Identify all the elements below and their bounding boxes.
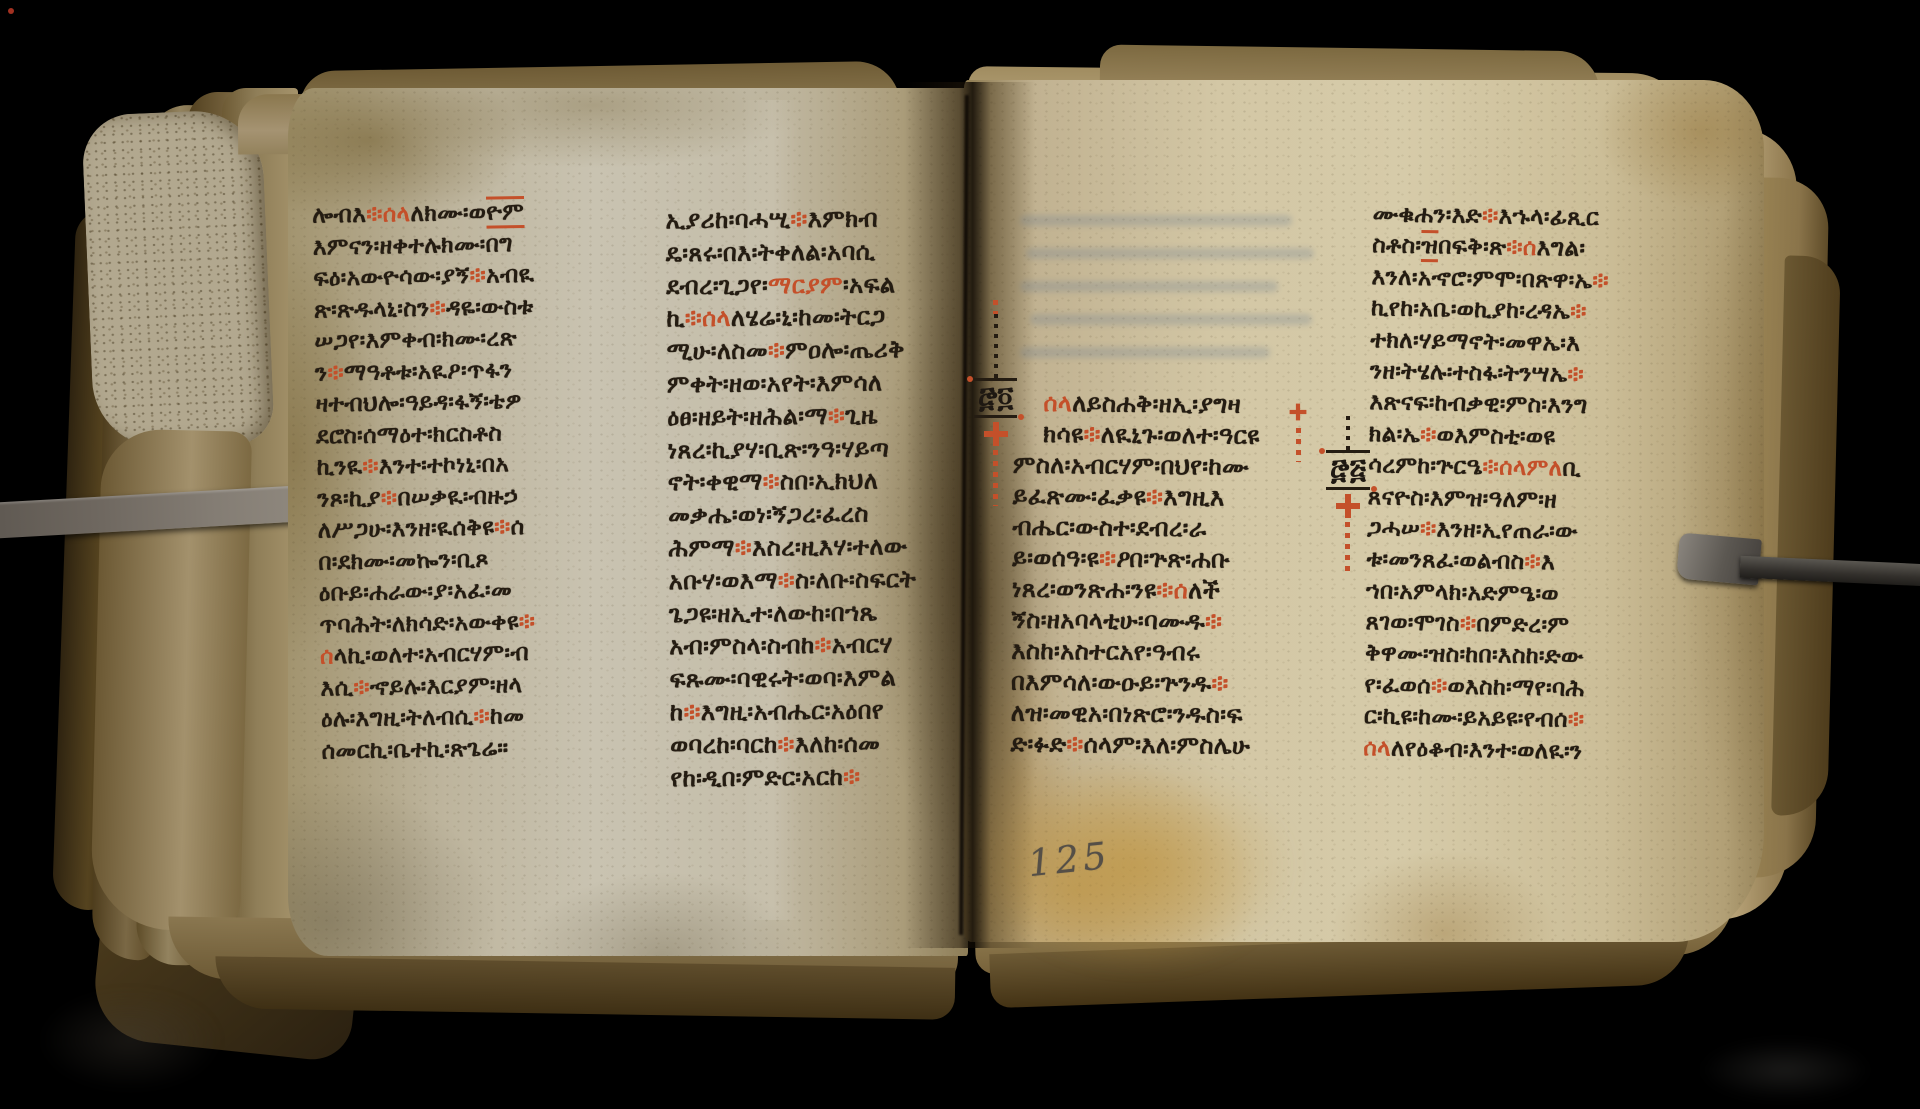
photo-artifact-smudge — [1700, 1040, 1870, 1100]
manuscript-text-line: ሕምማ፨እስረ፡ዚእሃ፡ተለው — [668, 532, 968, 567]
manuscript-text-line: ሰላኪ፡ወለተ፡አብርሃም፡ብ — [320, 638, 623, 675]
manuscript-text-line: ጽ፡ጽዱላኒ፡ስን፨ዳዬ፡ውስቱ — [314, 292, 617, 329]
photo-artifact-red-dot — [8, 8, 14, 14]
show-through-line — [1026, 248, 1314, 259]
stanza-marker-74: ፸፬ — [974, 300, 1017, 506]
manuscript-text-line: ጌጋዩ፡ዘኢተ፡ለውከ፡በኀጼ — [669, 597, 969, 632]
manuscript-text-line: የከ፡ዲበ፡ምድር፡አርከ፨ — [670, 761, 970, 796]
text-column-left-1: ሎብእ፨ሰላለክሙ፡ወዮምእምናን፡ዘቀተሉክሙ፡በግፍዕ፡አውዮሳው፡ያኝ፨አ… — [312, 197, 624, 769]
manuscript-text-line: ሰላለየዕቆብ፡እንተ፡ወለዪ፡ን — [1363, 735, 1693, 772]
red-dotted-line — [993, 450, 998, 506]
manuscript-text-line: ከ፨እግዚ፡አብሔር፡አዕበየ — [670, 696, 970, 731]
manuscript-text-line: አብ፡ምስላ፡ስብከ፨አብርሃ — [669, 630, 969, 665]
manuscript-text-line: ወባረከ፡ባርከ፨እለከ፡ሰመ — [670, 728, 970, 763]
red-cross-icon — [984, 422, 1008, 446]
manuscript-text-line: ንጾ፡ኪያ፨በሠቃዪ፡ብዙኃ — [317, 481, 620, 518]
manuscript-text-line: ይፈጽሙ፡ፈቃዩ፨እግዚእ — [1013, 482, 1313, 516]
manuscript-text-line: ነጸረ፡ኪያሃ፡ቢጽ፡ንዓ፡ሃይጣ — [667, 433, 967, 468]
red-dotted-line — [1296, 428, 1301, 462]
manuscript-text-line: አቡሃ፡ወእማ፨ስ፡ለቡ፡ስፍርት — [669, 564, 969, 599]
photo-artifact-smudge — [40, 990, 220, 1090]
protruding-leaf-speckled — [81, 108, 275, 450]
manuscript-text-line: ሠጋየ፡እምቀብ፡ክሙ፡ረጽ — [314, 323, 617, 360]
manuscript-text-line: ኪንዪ፨እንተ፡ተኮነኒ፡በአ — [316, 449, 619, 486]
manuscript-text-line: ኪ፨ሰላለሄሬ፡ኒ፡ከመ፡ትርጋ — [666, 302, 966, 337]
manuscript-text-line: ድ፡ፉድ፨ሰላም፡እለ፡ምስሌሁ — [1010, 730, 1310, 764]
red-dotted-line — [993, 300, 998, 314]
manuscript-text-line: ዕቡይ፡ሐራው፡ያ፡አፈ፡መ — [319, 575, 622, 612]
margin-cross-mark — [1286, 396, 1310, 462]
red-cross-icon — [1290, 404, 1307, 421]
manuscript-text-line: ብሔር፡ውስተ፡ደብረ፡ራ — [1012, 513, 1312, 547]
manuscript-text-line: ምስለ፡አብርሃም፡በህየ፡ከሙ — [1013, 451, 1313, 485]
manuscript-text-line: ኖት፡ቀዊማ፨ስበ፡ኢክህለ — [668, 466, 968, 501]
manuscript-text-line: ጥባሕት፡ለክሳድ፡አውቀዩ፨ — [319, 607, 622, 644]
manuscript-text-line: ለዝ፡መዊአ፡በነጽሮ፡ንዱስ፡ፍ — [1011, 699, 1311, 733]
manuscript-text-line: ሎብእ፨ሰላለክሙ፡ወዮም — [312, 197, 615, 234]
show-through-line — [1020, 281, 1278, 292]
manuscript-text-line: ምቀት፡ዘወ፡አየት፡እምሳለ — [667, 368, 967, 403]
manuscript-text-line: እሲ፨ኆይሉ፡እርያም፡ዘላ — [320, 670, 623, 707]
manuscript-text-line: ፍዕ፡አውዮሳው፡ያኝ፨አብዪ — [313, 260, 616, 297]
red-cross-icon — [1336, 494, 1360, 518]
show-through-line — [1030, 314, 1312, 325]
stanza-marker-75: ፸፭ — [1326, 416, 1370, 574]
manuscript-text-line: ይ፡ወሰዓ፡ዩ፨ዖበ፡ጕጽ፡ሐቡ — [1012, 544, 1312, 578]
manuscript-text-line: እምናን፡ዘቀተሉክሙ፡በግ — [313, 229, 616, 266]
manuscript-text-line: ሰመርኪ፡ቤተኪ፡ጽጌሬ። — [321, 733, 624, 770]
manuscript-text-line: ዛተብህሎ፡ዓይዳ፡ፋኝ፡ቴዎ — [315, 386, 618, 423]
red-dotted-line — [1345, 522, 1350, 574]
manuscript-text-line: ደሮስ፡ሰማዕተ፡ክርስቶስ — [316, 418, 619, 455]
manuscript-text-line: ኢያሪከ፡ባሓሢ፨እምክብ — [665, 204, 965, 239]
manuscript-text-line: ደብረ፡ጊጋየ፡ማርያም፡አፍል — [666, 269, 966, 304]
text-column-left-2: ኢያሪከ፡ባሓሢ፨እምክብዴ፡ጸሩ፡በእ፡ትቀለል፡አባሲደብረ፡ጊጋየ፡ማርያ… — [665, 204, 970, 797]
manuscript-text-line: እስከ፡አስተርአየ፡ዓብሩ — [1011, 637, 1311, 671]
black-dotted-line — [1346, 416, 1350, 450]
black-dotted-line — [994, 314, 998, 378]
manuscript-text-line: መቃሔ፡ወነ፡ኝጋረ፡ፈረስ — [668, 499, 968, 534]
stanza-number: ፸፭ — [1326, 450, 1370, 490]
show-through-line — [1020, 347, 1270, 358]
show-through-line — [1020, 215, 1292, 226]
manuscript-text-line: በ፡ደክሙ፡መኰን፡ቢጾ — [318, 544, 621, 581]
stanza-number: ፸፬ — [974, 378, 1017, 418]
manuscript-text-line: ለሥጋሁ፡እንዘ፡ዪሰቅዩ፨ሰ — [318, 512, 621, 549]
manuscript-text-line: ነጸረ፡ወንጽሐ፡ንዩ፨ሰለች — [1012, 575, 1312, 609]
show-through-text — [1020, 215, 1320, 380]
manuscript-text-line: ን፨ማዓቶቱ፡አዪዖ፡ጥፋን — [315, 355, 618, 392]
manuscript-text-line: ሚሁ፡ለስመ፨ምዐሎ፡ጤሪቅ — [667, 335, 967, 370]
page-number: 125 — [1026, 834, 1113, 885]
manuscript-text-line: ሰላለይስሐቅ፡ዘኢ፡ያግዛ — [1013, 389, 1313, 423]
text-column-right-2: ሙቁሐን፡እድ፨እኁላ፡ፊጺርስቶስ፡ዝበፍቅ፡ጽ፨ሰእግል፡እንለ፡አኆሮ፡ም… — [1363, 201, 1703, 772]
manuscript-text-line: ዕፀ፡ዘይት፡ዘሕል፡ማ፨ጊዜ — [667, 400, 967, 435]
manuscript-text-line: ኝስ፡ዘአባላቲሁ፡ባሙዱ፨ — [1011, 606, 1311, 640]
manuscript-text-line: በእምሳለ፡ውዑይ፡ጕንዱ፨ — [1011, 668, 1311, 702]
manuscript-text-line: ዕሉ፡እግዚ፡ትለብሲ፨ከመ — [321, 701, 624, 738]
text-column-right-1: ሰላለይስሐቅ፡ዘኢ፡ያግዛክሳዩ፨ለዪኒጉ፡ወለተ፡ዓርዩምስለ፡አብርሃም፡… — [1010, 389, 1313, 764]
manuscript-text-line: ዴ፡ጸሩ፡በእ፡ትቀለል፡አባሲ — [666, 236, 966, 271]
manuscript-text-line: ፍጹሙ፡ባዊሩት፡ወባ፡እምል — [669, 663, 969, 698]
manuscript-text-line: ክሳዩ፨ለዪኒጉ፡ወለተ፡ዓርዩ — [1013, 420, 1313, 454]
manuscript-photo: ሎብእ፨ሰላለክሙ፡ወዮምእምናን፡ዘቀተሉክሙ፡በግፍዕ፡አውዮሳው፡ያኝ፨አ… — [0, 0, 1920, 1109]
